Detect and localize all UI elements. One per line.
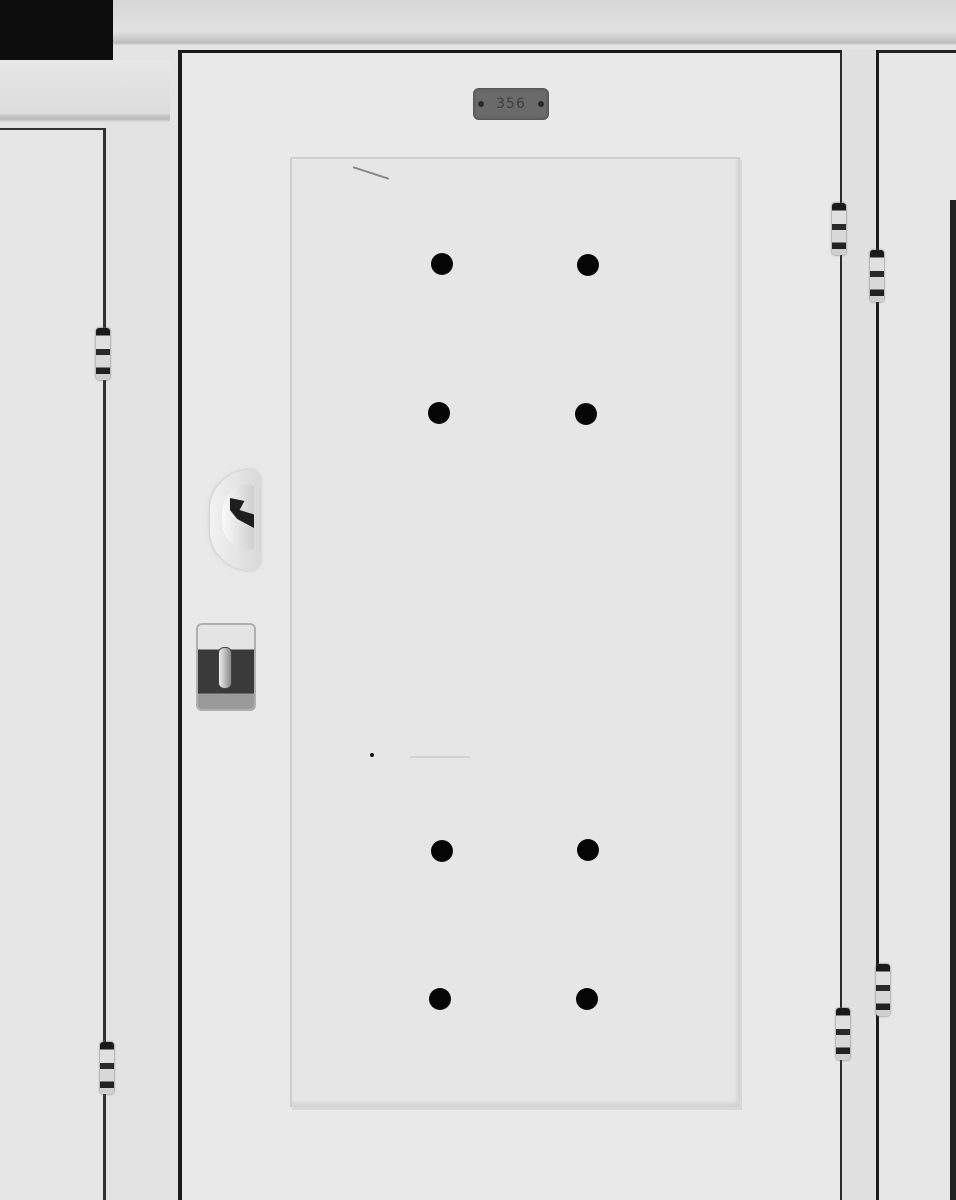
left-cupboard-door xyxy=(0,128,106,1200)
left-door-seam xyxy=(103,128,105,1200)
right-cupboard-door xyxy=(876,50,956,1200)
hinge-icon xyxy=(870,250,884,302)
panel-hole xyxy=(575,403,597,425)
door-center-panel xyxy=(290,157,740,1107)
panel-hole xyxy=(577,839,599,861)
hinge-icon xyxy=(876,964,890,1016)
panel-hole xyxy=(576,988,598,1010)
hinge-icon xyxy=(96,328,110,380)
left-door-jamb xyxy=(106,122,178,1200)
lock-plate[interactable] xyxy=(196,623,256,711)
hinge-icon xyxy=(836,1008,850,1060)
door-number-plate: 356 xyxy=(473,88,549,120)
left-lintel-trim xyxy=(0,60,170,122)
hinge-icon xyxy=(832,203,846,255)
latch-lever[interactable] xyxy=(218,647,232,689)
far-right-edge xyxy=(950,200,956,1200)
panel-hole xyxy=(428,402,450,424)
hinge-icon xyxy=(100,1042,114,1094)
screw-icon xyxy=(538,101,544,107)
panel-hole xyxy=(577,254,599,276)
panel-hole xyxy=(429,988,451,1010)
panel-hole xyxy=(431,840,453,862)
paint-speck xyxy=(370,753,374,757)
screw-icon xyxy=(478,101,484,107)
dark-window xyxy=(0,0,113,60)
door-lintel-trim xyxy=(113,0,956,45)
paint-scratch xyxy=(410,756,470,758)
door-number: 356 xyxy=(496,96,526,112)
panel-hole xyxy=(431,253,453,275)
